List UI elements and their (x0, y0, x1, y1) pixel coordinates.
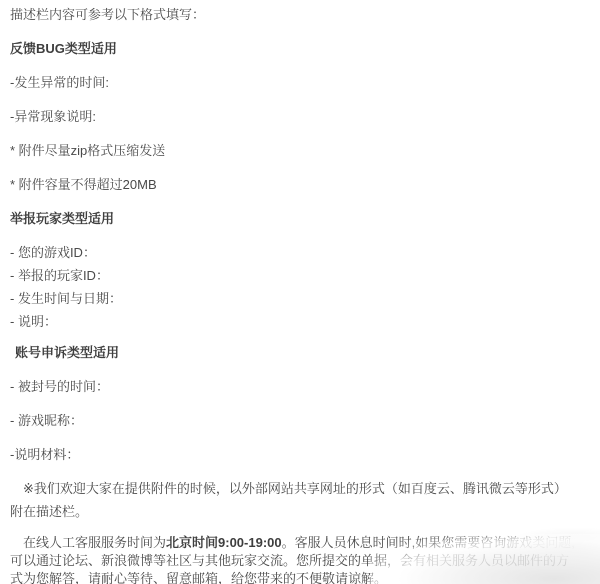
bug-item-description: -异常现象说明: (10, 105, 592, 128)
attachment-note-line1: ※我们欢迎大家在提供附件的时候，以外部网站共享网址的形式（如百度云、腾讯微云等形… (10, 477, 592, 500)
service-hours-bold: 北京时间9:00-19:00 (166, 535, 282, 550)
appeal-item-ban-time: - 被封号的时间： (10, 375, 592, 398)
service-note-line1-suffix: 。客服人员休息时间时,如果您需要咨询游戏类问题, (282, 535, 575, 550)
service-hours-note: 在线人工客服服务时间为北京时间9:00-19:00。客服人员休息时间时,如果您需… (10, 534, 592, 584)
report-item-description: - 说明： (10, 310, 592, 333)
service-note-line1-prefix: 在线人工客服服务时间为 (23, 535, 166, 550)
service-note-line1: 在线人工客服服务时间为北京时间9:00-19:00。客服人员休息时间时,如果您需… (10, 534, 592, 552)
bug-item-time: -发生异常的时间: (10, 71, 592, 94)
appeal-item-materials: -说明材料： (10, 443, 592, 466)
article-body: 描述栏内容可参考以下格式填写： 反馈BUG类型适用 -发生异常的时间: -异常现… (0, 0, 600, 584)
attachment-note-line2: 附在描述栏。 (10, 500, 592, 523)
section-heading-appeal: 账号申诉类型适用 (10, 341, 592, 364)
report-item-target-id: - 举报的玩家ID： (10, 264, 592, 287)
attachment-note: ※我们欢迎大家在提供附件的时候，以外部网站共享网址的形式（如百度云、腾讯微云等形… (10, 477, 592, 523)
bug-item-size-note: * 附件容量不得超过20MB (10, 173, 592, 196)
service-note-line2: 可以通过论坛、新浪微博等社区与其他玩家交流。您所提交的单据，会有相关服务人员以邮… (10, 552, 592, 570)
section-heading-bug: 反馈BUG类型适用 (10, 37, 592, 60)
appeal-item-nickname: - 游戏昵称： (10, 409, 592, 432)
intro-text: 描述栏内容可参考以下格式填写： (10, 3, 592, 26)
report-item-list: - 您的游戏ID： - 举报的玩家ID： - 发生时间与日期： - 说明： (10, 241, 592, 333)
service-note-line3: 式为您解答，请耐心等待、留意邮箱，给您带来的不便敬请谅解。 (10, 570, 592, 584)
bug-item-zip-note: * 附件尽量zip格式压缩发送 (10, 139, 592, 162)
report-item-your-id: - 您的游戏ID： (10, 241, 592, 264)
report-item-datetime: - 发生时间与日期： (10, 287, 592, 310)
section-heading-report: 举报玩家类型适用 (10, 207, 592, 230)
